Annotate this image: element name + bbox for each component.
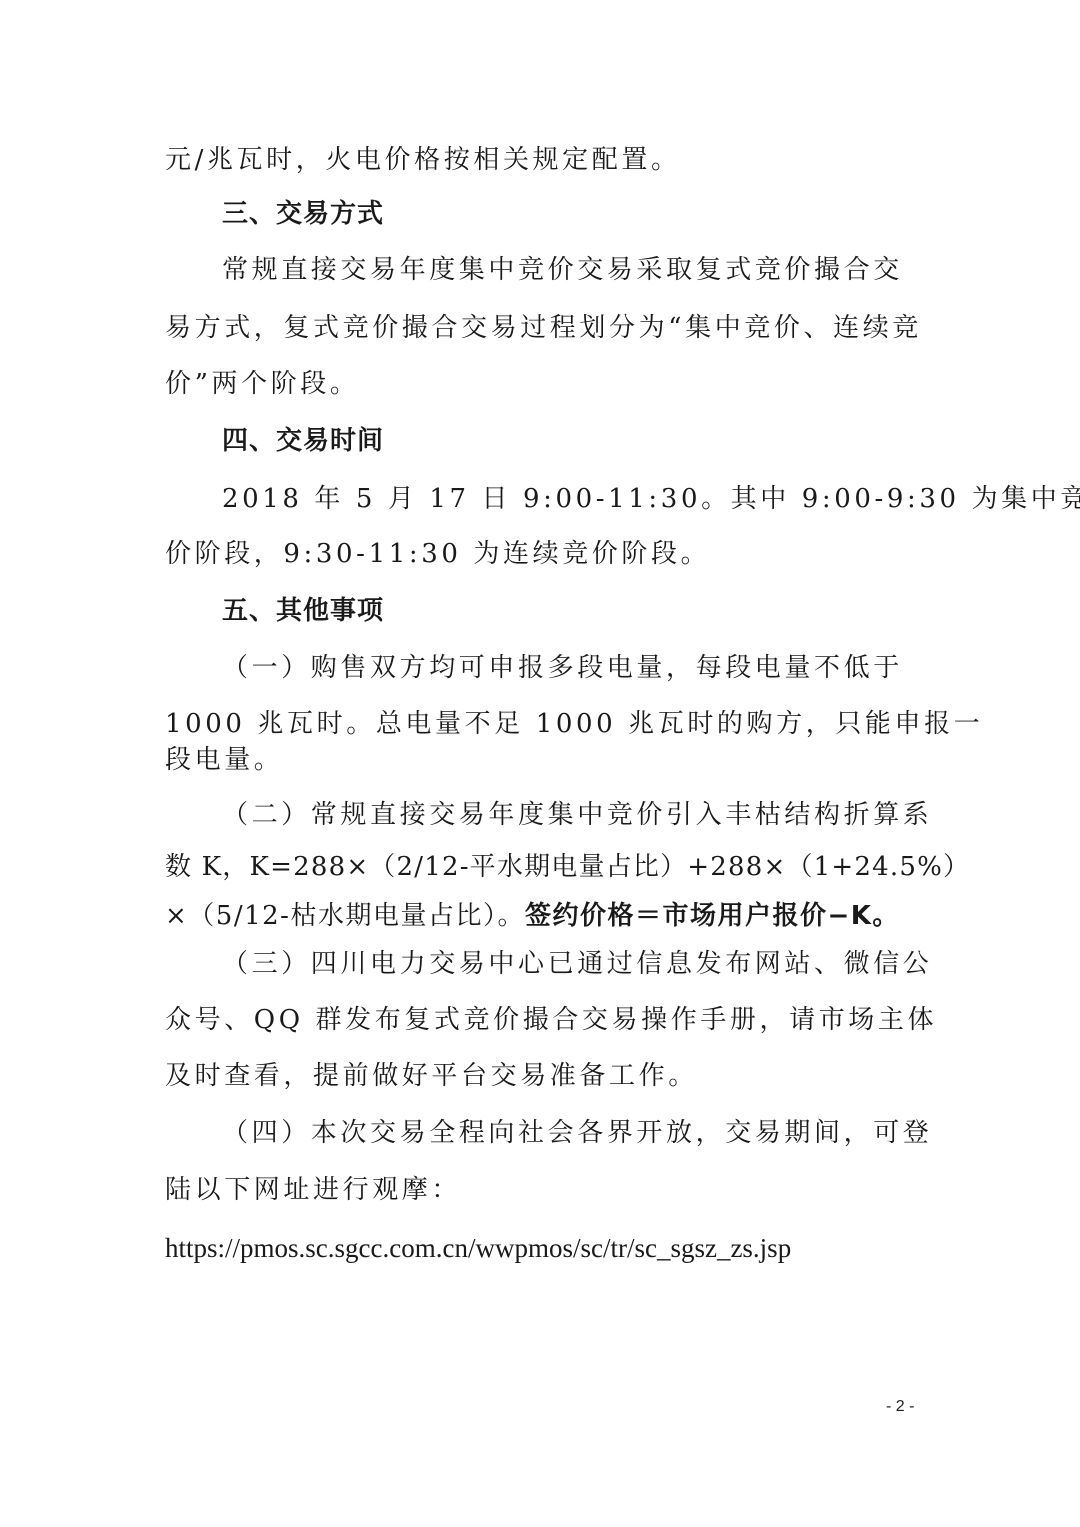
section-heading-trading-method: 三、交易方式: [222, 196, 917, 232]
paragraph-line: 价阶段，9:30-11:30 为连续竞价阶段。: [165, 536, 917, 572]
item-line: 1000 兆瓦时。总电量不足 1000 兆瓦时的购方，只能申报一: [165, 706, 917, 742]
item-line: （四）本次交易全程向社会各界开放，交易期间，可登: [222, 1115, 917, 1151]
item-line: ×（5/12-枯水期电量占比）。: [165, 901, 525, 931]
item-line: （一）购售双方均可申报多段电量，每段电量不低于: [222, 650, 917, 686]
continuation-text: 元/兆瓦时，火电价格按相关规定配置。: [165, 142, 917, 178]
item-line: 数 K，K=288×（2/12-平水期电量占比）+288×（1+24.5%）: [165, 849, 917, 885]
paragraph-line: 常规直接交易年度集中竞价交易采取复式竞价撮合交: [222, 252, 917, 288]
item-line: （三）四川电力交易中心已通过信息发布网站、微信公: [222, 946, 917, 982]
observation-url-link[interactable]: https://pmos.sc.sgcc.com.cn/wwpmos/sc/tr…: [165, 1230, 917, 1266]
item-line: 及时查看，提前做好平台交易准备工作。: [165, 1058, 917, 1094]
paragraph-line: 2018 年 5 月 17 日 9:00-11:30。其中 9:00-9:30 …: [222, 481, 917, 517]
item-line: 众号、QQ 群发布复式竞价撮合交易操作手册，请市场主体: [165, 1002, 917, 1038]
paragraph-line: 价”两个阶段。: [165, 366, 917, 402]
document-page: 元/兆瓦时，火电价格按相关规定配置。 三、交易方式 常规直接交易年度集中竞价交易…: [0, 0, 1080, 1527]
paragraph-line: 易方式，复式竞价撮合交易过程划分为“集中竞价、连续竞: [165, 310, 917, 346]
item-line: （二）常规直接交易年度集中竞价引入丰枯结构折算系: [222, 797, 917, 833]
page-number: - 2 -: [886, 1398, 914, 1416]
section-heading-other-matters: 五、其他事项: [222, 593, 917, 629]
item-line: 段电量。: [165, 742, 917, 778]
item-line: 陆以下网址进行观摩：: [165, 1172, 917, 1208]
contract-price-formula: 签约价格＝市场用户报价−K。: [525, 901, 900, 931]
item-line-with-bold: ×（5/12-枯水期电量占比）。签约价格＝市场用户报价−K。: [165, 898, 917, 934]
section-heading-trading-time: 四、交易时间: [222, 423, 917, 459]
